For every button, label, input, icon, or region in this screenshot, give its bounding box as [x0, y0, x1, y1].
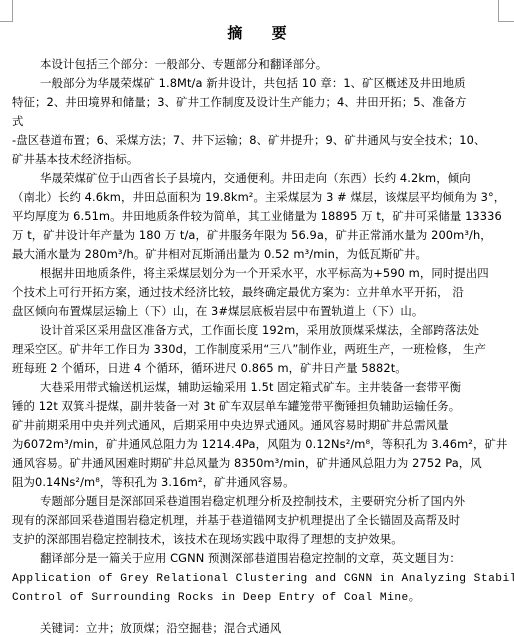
text-line: 一般部分为华晟荣煤矿 1.8Mt/a 新井设计，共包括 10 章：1、矿区概述及… — [12, 74, 514, 93]
text-line: 阻为0.14Ns²/m⁸，等积孔为 3.16m²，矿井通风容易。 — [12, 473, 502, 492]
page-title: 摘 要 — [0, 22, 514, 43]
text-line: 个技术上可行开拓方案，通过技术经济比较，最终确定最优方案为：立井单水平开拓， 沿 — [12, 283, 502, 302]
text-line: 支护的深部围岩稳定控制技术，该技术在现场实践中取得了理想的支护效果。 — [12, 530, 502, 549]
keywords-line: 关键词：立井；放顶煤；沿空掘巷；混合式通风 — [12, 619, 514, 635]
text-line: 根据井田地质条件，将主采煤层划分为一个开采水平，水平标高为+590 m，同时提出… — [12, 264, 514, 283]
text-line: 最大涌水量为 280m³/h。矿井相对瓦斯涌出量为 0.52 m³/min，为低… — [12, 245, 502, 264]
text-line: 现有的深部回采巷道围岩稳定机理，并基于巷道锚网支护机理提出了全长锚固及高帮及时 — [12, 511, 502, 530]
english-title-line: Control of Surrounding Rocks in Deep Ent… — [12, 589, 502, 608]
text-line: 矿井基本技术经济指标。 — [12, 150, 502, 169]
text-line: 式 — [12, 112, 502, 131]
text-line: 特征；2、井田境界和储量；3、矿井工作制度及设计生产能力；4、井田开拓；5、准备… — [12, 93, 502, 112]
text-line: 平均厚度为 6.51m。井田地质条件较为简单，其工业储量为 18895 万 t，… — [12, 207, 502, 226]
text-line: 专题部分题目是深部回采巷道围岩稳定机理分析及控制技术，主要研究分析了国内外 — [12, 492, 514, 511]
text-line: 本设计包括三个部分：一般部分、专题部分和翻译部分。 — [12, 55, 514, 74]
text-line: 矿井前期采用中央并列式通风，后期采用中央边界式通风。通风容易时期矿井总需风量 — [12, 416, 502, 435]
text-line: -盘区巷道布置；6、采煤方法；7、井下运输；8、矿井提升；9、矿井通风与安全技术… — [12, 131, 502, 150]
text-line: 班每班 2 个循环，日进 4 个循环，循环进尺 0.865 m，矿井日产量 58… — [12, 359, 502, 378]
text-line: 翻译部分是一篇关于应用 CGNN 预测深部巷道围岩稳定控制的文章，英文题目为： — [12, 549, 514, 568]
text-line: 万 t，矿井设计年产量为 180 万 t/a，矿井服务年限为 56.9a，矿井正… — [12, 226, 502, 245]
text-line: 为6072m³/min，矿井通风总阻力为 1214.4Pa，风阻为 0.12Ns… — [12, 435, 502, 454]
english-title-line: Application of Grey Relational Clusterin… — [12, 570, 502, 589]
text-line: （南北）长约 4.6km，井田总面积为 19.8km²。主采煤层为 3 # 煤层… — [12, 188, 502, 207]
text-line: 锤的 12t 双箕斗提煤，副井装备一对 3t 矿车双层单车罐笼带平衡锤担负辅助运… — [12, 397, 502, 416]
text-line: 设计首采区采用盘区准备方式，工作面长度 192m，采用放顶煤采煤法，全部跨落法处 — [12, 321, 514, 340]
text-line: 盘区倾向布置煤层运输上（下）山，在 3#煤层底板岩层中布置轨道上（下）山。 — [12, 302, 502, 321]
text-line: 理采空区。矿井年工作日为 330d，工作制度采用“三八”制作业，两班生产，一班检… — [12, 340, 502, 359]
text-line: 通风容易。矿井通风困难时期矿井总风量为 8350m³/min，矿井通风总阻力为 … — [12, 454, 502, 473]
page-corner-mark-left — [0, 0, 13, 22]
text-line: 华晟荣煤矿位于山西省长子县境内，交通便利。井田走向（东西）长约 4.2km，倾向 — [12, 169, 514, 188]
text-line: 大巷采用带式输送机运煤，辅助运输采用 1.5t 固定箱式矿车。主井装备一套带平衡 — [12, 378, 514, 397]
page-corner-mark-right — [498, 0, 514, 22]
